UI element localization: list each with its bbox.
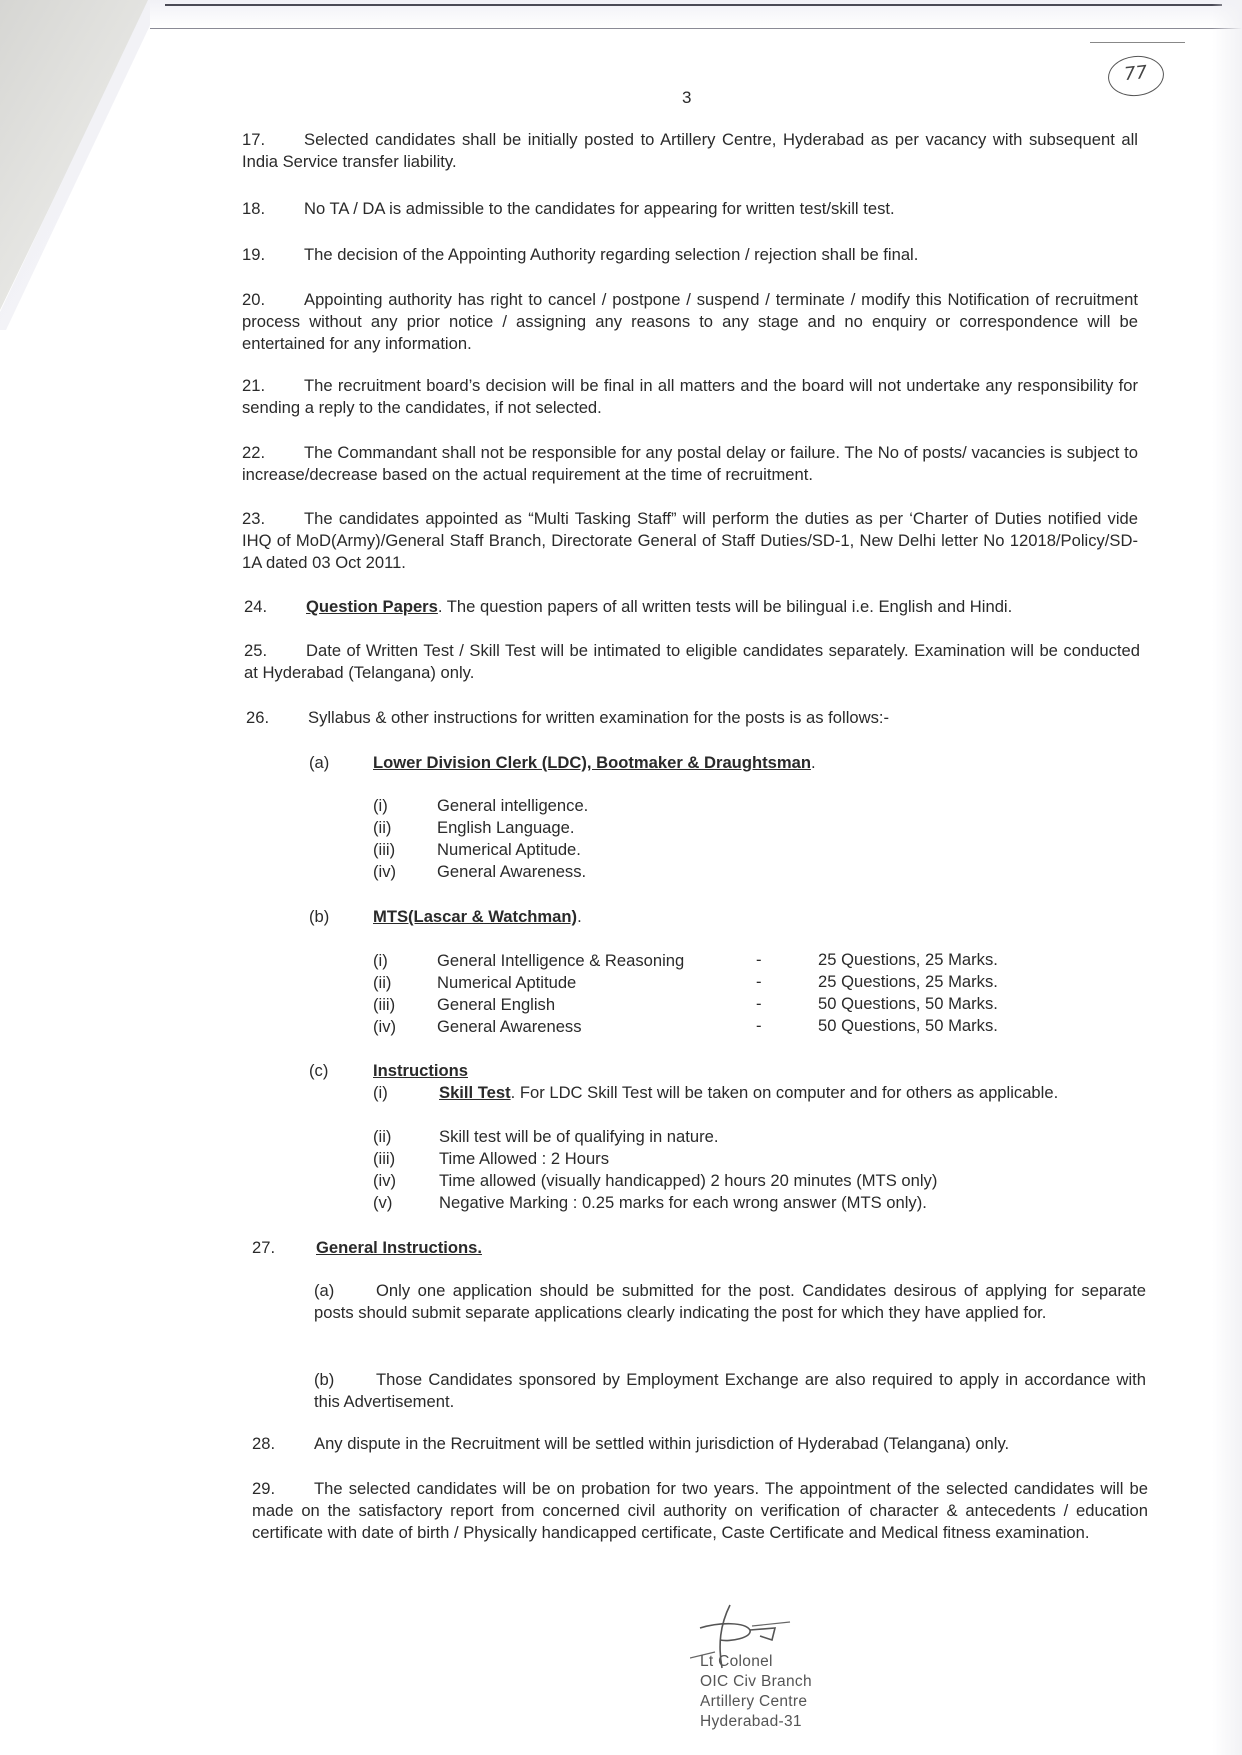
syllabus-a-heading: (a)Lower Division Clerk (LDC), Bootmaker… [309,752,816,774]
subject: English Language. [437,818,574,837]
roman-numeral: (i) [373,795,437,817]
question-papers-heading: Question Papers [306,597,438,616]
paragraph-number: 21. [242,375,304,397]
paragraph-text: Any dispute in the Recruitment will be s… [314,1434,1009,1453]
subject: Numerical Aptitude [437,973,576,992]
instruction-text: Time allowed (visually handicapped) 2 ho… [439,1171,937,1190]
instruction-item: (iv)Time allowed (visually handicapped) … [373,1170,937,1192]
paragraph-29: 29.The selected candidates will be on pr… [252,1478,1148,1544]
marks: 25 Questions, 25 Marks. [818,950,998,970]
paragraph-20: 20.Appointing authority has right to can… [242,289,1138,355]
scan-top-line [165,4,1222,6]
paragraph-number: 22. [242,442,304,464]
instruction-text: Skill test will be of qualifying in natu… [439,1127,718,1146]
paragraph-number: 18. [242,198,304,220]
roman-numeral: (iv) [373,1016,437,1038]
paragraph-17: 17.Selected candidates shall be initiall… [242,129,1138,173]
paragraph-number: 17. [242,129,304,151]
paragraph-18: 18.No TA / DA is admissible to the candi… [242,198,1138,220]
subject: General Awareness [437,1017,582,1036]
paragraph-text: The selected candidates will be on proba… [252,1479,1148,1542]
paragraph-25: 25.Date of Written Test / Skill Test wil… [244,640,1140,684]
paragraph-19: 19.The decision of the Appointing Author… [242,244,1138,266]
general-instructions-heading: General Instructions. [316,1238,482,1257]
general-instruction-a: (a)Only one application should be submit… [314,1280,1146,1324]
marks: 25 Questions, 25 Marks. [818,972,998,992]
paragraph-text: Selected candidates shall be initially p… [242,130,1138,171]
paragraph-number: 23. [242,508,304,530]
instruction-item: (ii)Skill test will be of qualifying in … [373,1126,718,1148]
syllabus-a-item: (i)General intelligence. [373,795,588,817]
subject: General English [437,995,555,1014]
instruction-text: . For LDC Skill Test will be taken on co… [511,1083,1059,1102]
ldc-heading: Lower Division Clerk (LDC), Bootmaker & … [373,753,811,772]
scan-rule [1090,42,1185,43]
subject: General Awareness. [437,862,586,881]
instruction-item: (i)Skill Test. For LDC Skill Test will b… [373,1082,1145,1104]
roman-numeral: (ii) [373,817,437,839]
heading-suffix: . [811,753,816,772]
paragraph-text: Appointing authority has right to cancel… [242,290,1138,353]
paragraph-22: 22.The Commandant shall not be responsib… [242,442,1138,486]
paragraph-text: No TA / DA is admissible to the candidat… [304,199,895,218]
paragraph-number: 28. [252,1433,314,1455]
instructions-heading: Instructions [373,1061,468,1080]
general-instruction-b: (b)Those Candidates sponsored by Employm… [314,1369,1146,1413]
paragraph-number: 20. [242,289,304,311]
separator: - [756,972,762,992]
skill-test-heading: Skill Test [439,1083,511,1102]
paragraph-28: 28.Any dispute in the Recruitment will b… [252,1433,1148,1455]
heading-suffix: . [577,907,582,926]
paragraph-number: 26. [246,707,308,729]
subject: General intelligence. [437,796,588,815]
table-row: (ii)Numerical Aptitude [373,972,576,994]
roman-numeral: (iii) [373,994,437,1016]
roman-numeral: (i) [373,950,437,972]
paragraph-27-heading: 27.General Instructions. [252,1237,482,1259]
paragraph-26: 26.Syllabus & other instructions for wri… [246,707,1142,729]
separator: - [756,1016,762,1036]
sub-label: (b) [309,906,373,928]
page-number: 3 [682,88,691,108]
instruction-text: Time Allowed : 2 Hours [439,1149,609,1168]
separator: - [756,994,762,1014]
syllabus-a-item: (ii)English Language. [373,817,574,839]
signatory-location: Hyderabad-31 [700,1712,812,1732]
roman-numeral: (iv) [373,1170,439,1192]
paragraph-text: Date of Written Test / Skill Test will b… [244,641,1140,682]
paragraph-21: 21.The recruitment board’s decision will… [242,375,1138,419]
signatory-designation: Lt Colonel OIC Civ Branch Artillery Cent… [700,1652,812,1732]
instruction-text: Those Candidates sponsored by Employment… [314,1370,1146,1411]
syllabus-c-heading: (c)Instructions [309,1060,468,1082]
folio-number-stamp: 77 [1106,53,1166,99]
roman-numeral: (i) [373,1082,439,1104]
syllabus-a-item: (iii)Numerical Aptitude. [373,839,581,861]
mts-heading: MTS(Lascar & Watchman) [373,907,577,926]
paragraph-text: The decision of the Appointing Authority… [304,245,918,264]
paragraph-23: 23.The candidates appointed as “Multi Ta… [242,508,1138,574]
paragraph-text: The recruitment board’s decision will be… [242,376,1138,417]
paragraph-number: 27. [252,1237,316,1259]
paragraph-text: Syllabus & other instructions for writte… [308,708,889,727]
sub-label: (c) [309,1060,373,1082]
paragraph-number: 29. [252,1478,314,1500]
syllabus-b-heading: (b)MTS(Lascar & Watchman). [309,906,582,928]
scan-right-shade [1212,0,1242,1755]
subject: Numerical Aptitude. [437,840,581,859]
paragraph-number: 19. [242,244,304,266]
table-row: (i)General Intelligence & Reasoning [373,950,684,972]
sub-label: (b) [314,1369,376,1391]
roman-numeral: (v) [373,1192,439,1214]
roman-numeral: (ii) [373,972,437,994]
roman-numeral: (iv) [373,861,437,883]
signatory-post: OIC Civ Branch [700,1672,812,1692]
instruction-item: (iii)Time Allowed : 2 Hours [373,1148,609,1170]
subject: General Intelligence & Reasoning [437,951,684,970]
separator: - [756,950,762,970]
instruction-text: Only one application should be submitted… [314,1281,1146,1322]
instruction-text: Negative Marking : 0.25 marks for each w… [439,1193,927,1212]
roman-numeral: (iii) [373,839,437,861]
table-row: (iii)General English [373,994,555,1016]
paragraph-text: The candidates appointed as “Multi Taski… [242,509,1138,572]
roman-numeral: (iii) [373,1148,439,1170]
sub-label: (a) [309,752,373,774]
signatory-rank: Lt Colonel [700,1652,812,1672]
paragraph-number: 24. [244,596,306,618]
paragraph-number: 25. [244,640,306,662]
marks: 50 Questions, 50 Marks. [818,1016,998,1036]
instruction-item: (v)Negative Marking : 0.25 marks for eac… [373,1192,927,1214]
marks: 50 Questions, 50 Marks. [818,994,998,1014]
sub-label: (a) [314,1280,376,1302]
roman-numeral: (ii) [373,1126,439,1148]
paragraph-24: 24.Question Papers. The question papers … [244,596,1140,618]
paragraph-text: . The question papers of all written tes… [438,597,1012,616]
signatory-unit: Artillery Centre [700,1692,812,1712]
table-row: (iv)General Awareness [373,1016,582,1038]
paragraph-text: The Commandant shall not be responsible … [242,443,1138,484]
syllabus-a-item: (iv)General Awareness. [373,861,586,883]
